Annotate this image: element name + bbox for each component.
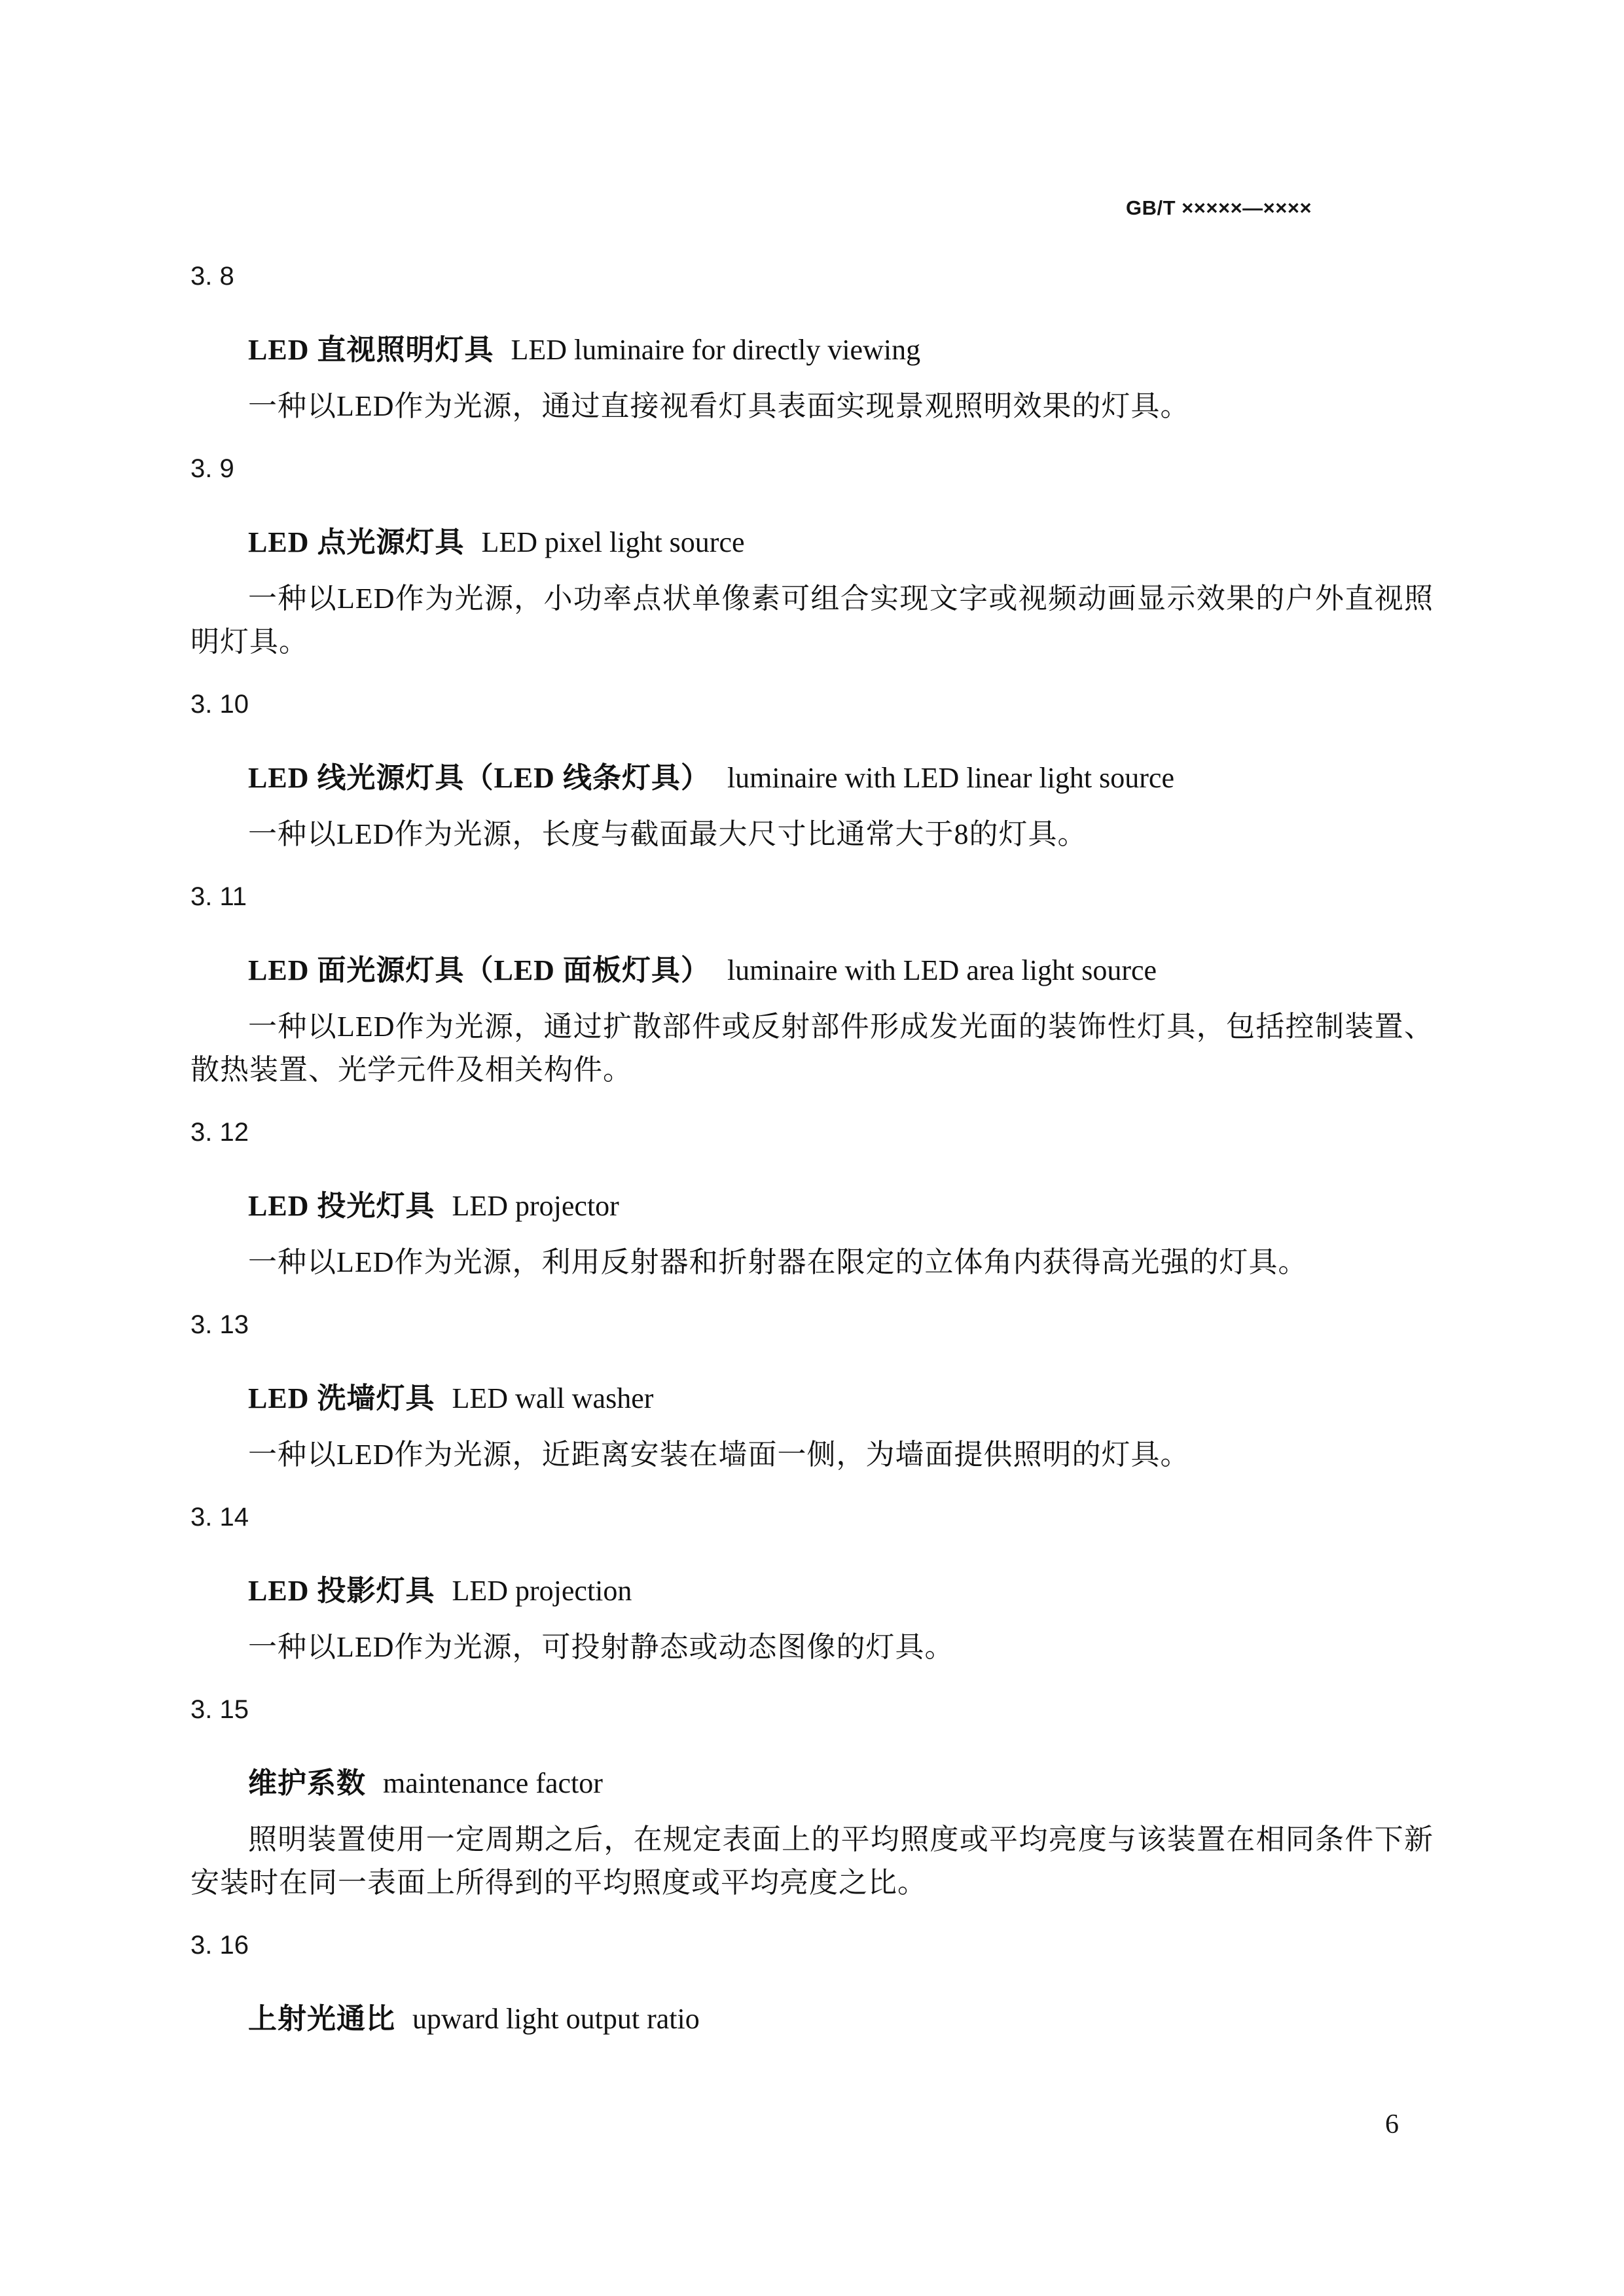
term-line: 维护系数maintenance factor [190,1767,1434,1800]
term-chinese: LED 面光源灯具（LED 面板灯具） [248,954,710,986]
term-chinese: 上射光通比 [248,2003,395,2035]
section-number: 3. 14 [190,1503,1434,1532]
section-number: 3. 16 [190,1931,1434,1960]
standard-code-header: GB/T ×××××—×××× [1126,196,1312,220]
term-definition: 一种以LED作为光源，利用反射器和折射器在限定的立体角内获得高光强的灯具。 [190,1241,1434,1284]
term-line: LED 投光灯具LED projector [190,1190,1434,1223]
section-number: 3. 12 [190,1118,1434,1147]
term-line: LED 投影灯具LED projection [190,1575,1434,1607]
term-english: luminaire with LED area light source [727,954,1157,986]
document-page: GB/T ×××××—×××× 3. 8 LED 直视照明灯具LED lumin… [0,0,1624,2296]
term-definition: 一种以LED作为光源，长度与截面最大尺寸比通常大于8的灯具。 [190,813,1434,856]
section-number: 3. 11 [190,882,1434,911]
term-chinese: 维护系数 [248,1767,366,1799]
term-definition: 照明装置使用一定周期之后，在规定表面上的平均照度或平均亮度与该装置在相同条件下新… [190,1818,1434,1905]
term-definition: 一种以LED作为光源，可投射静态或动态图像的灯具。 [190,1626,1434,1669]
term-line: LED 直视照明灯具LED luminaire for directly vie… [190,334,1434,367]
term-english: LED luminaire for directly viewing [511,334,920,366]
terms-list: 3. 8 LED 直视照明灯具LED luminaire for directl… [190,262,1434,2054]
section-number: 3. 15 [190,1695,1434,1724]
page-number: 6 [1385,2109,1399,2140]
term-chinese: LED 投光灯具 [248,1190,435,1222]
term-english: LED projection [452,1575,632,1607]
term-entry: 3. 11 LED 面光源灯具（LED 面板灯具）luminaire with … [190,882,1434,1092]
term-english: LED pixel light source [481,526,744,558]
section-number: 3. 8 [190,262,1434,291]
section-number: 3. 10 [190,690,1434,719]
term-english: LED projector [452,1190,619,1222]
term-chinese: LED 洗墙灯具 [248,1382,435,1414]
term-definition: 一种以LED作为光源，通过直接视看灯具表面实现景观照明效果的灯具。 [190,385,1434,428]
term-entry: 3. 15 维护系数maintenance factor 照明装置使用一定周期之… [190,1695,1434,1905]
term-line: LED 面光源灯具（LED 面板灯具）luminaire with LED ar… [190,954,1434,987]
term-definition: 一种以LED作为光源，小功率点状单像素可组合实现文字或视频动画显示效果的户外直视… [190,577,1434,664]
term-definition: 一种以LED作为光源，通过扩散部件或反射部件形成发光面的装饰性灯具，包括控制装置… [190,1005,1434,1092]
term-entry: 3. 12 LED 投光灯具LED projector 一种以LED作为光源，利… [190,1118,1434,1284]
section-number: 3. 9 [190,454,1434,483]
section-number: 3. 13 [190,1310,1434,1339]
term-line: LED 洗墙灯具LED wall washer [190,1382,1434,1415]
term-chinese: LED 线光源灯具（LED 线条灯具） [248,762,710,794]
term-english: luminaire with LED linear light source [727,762,1174,794]
term-chinese: LED 点光源灯具 [248,526,464,558]
term-line: LED 点光源灯具LED pixel light source [190,526,1434,559]
term-line: 上射光通比upward light output ratio [190,2003,1434,2036]
term-chinese: LED 直视照明灯具 [248,334,494,366]
term-line: LED 线光源灯具（LED 线条灯具）luminaire with LED li… [190,762,1434,795]
term-chinese: LED 投影灯具 [248,1575,435,1607]
term-entry: 3. 10 LED 线光源灯具（LED 线条灯具）luminaire with … [190,690,1434,856]
term-definition: 一种以LED作为光源，近距离安装在墙面一侧，为墙面提供照明的灯具。 [190,1433,1434,1477]
term-entry: 3. 14 LED 投影灯具LED projection 一种以LED作为光源，… [190,1503,1434,1669]
term-english: upward light output ratio [412,2003,700,2035]
term-english: maintenance factor [383,1767,603,1799]
term-entry: 3. 9 LED 点光源灯具LED pixel light source 一种以… [190,454,1434,664]
term-entry: 3. 8 LED 直视照明灯具LED luminaire for directl… [190,262,1434,428]
term-english: LED wall washer [452,1382,653,1414]
term-entry: 3. 16 上射光通比upward light output ratio [190,1931,1434,2036]
term-entry: 3. 13 LED 洗墙灯具LED wall washer 一种以LED作为光源… [190,1310,1434,1477]
